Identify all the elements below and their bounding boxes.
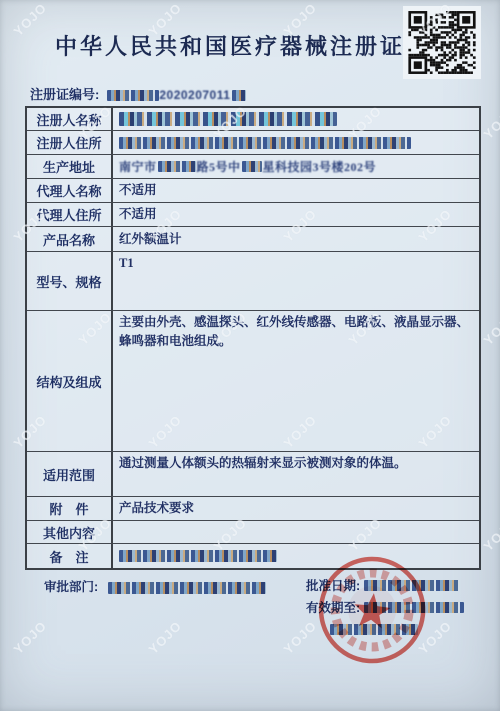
row-value: 不适用 [113,203,479,226]
redacted-value [330,624,418,635]
dates-block: 批准日期: 有效期至: [306,574,464,640]
table-row-model-spec: 型号、规格 T1 [27,252,479,311]
redacted-value [364,602,464,613]
row-label: 产品名称 [27,227,113,251]
row-label: 型号、规格 [27,252,113,310]
address-part: 路5号中 [197,158,241,176]
row-value [113,544,479,568]
row-value: 南宁市路5号中星科技园3号楼202号 [113,155,479,178]
certificate-table: 注册人名称 注册人住所 生产地址 南宁市路5号中星科技园3号楼202号 代理人名… [25,106,481,570]
redacted-value [119,137,411,149]
row-label: 备 注 [27,544,113,568]
approval-date-label: 批准日期: [306,576,360,594]
approval-department-label: 审批部门: [44,580,98,594]
approval-date-line: 批准日期: [306,574,464,596]
row-value: 产品技术要求 [113,497,479,520]
row-label: 结构及组成 [27,311,113,451]
row-label: 注册人住所 [27,131,113,154]
valid-until-line: 有效期至: [306,596,464,618]
redacted-value [158,161,196,172]
row-label: 适用范围 [27,452,113,496]
redacted-value [107,90,159,101]
row-label: 附 件 [27,497,113,520]
address-part: 南宁市 [119,158,157,176]
registration-number-label: 注册证编号: [30,87,99,102]
page-title: 中华人民共和国医疗器械注册证 [12,30,448,61]
table-row-registrant-address: 注册人住所 [27,131,479,155]
table-row-registrant-name: 注册人名称 [27,108,479,131]
row-label: 代理人名称 [27,179,113,202]
table-row-agent-name: 代理人名称 不适用 [27,179,479,203]
valid-until-label: 有效期至: [306,598,360,616]
watermark-text: YOJO [11,618,50,657]
row-value [113,521,479,543]
watermark-text: YOJO [146,618,185,657]
table-row-intended-use: 适用范围 通过测量人体额头的热辐射来显示被测对象的体温。 [27,452,479,497]
table-row-structure-composition: 结构及组成 主要由外壳、感温探头、红外线传感器、电路板、液晶显示器、蜂鸣器和电池… [27,311,479,452]
watermark-text: YOJO [481,103,500,142]
table-row-attachment: 附 件 产品技术要求 [27,497,479,521]
stamp-date-line [330,618,464,640]
row-label: 注册人名称 [27,108,113,130]
table-row-product-name: 产品名称 红外额温计 [27,227,479,252]
row-value [113,131,479,154]
redacted-value [364,580,460,591]
table-row-production-address: 生产地址 南宁市路5号中星科技园3号楼202号 [27,155,479,179]
row-value: 通过测量人体额头的热辐射来显示被测对象的体温。 [113,452,479,496]
row-label: 代理人住所 [27,203,113,226]
row-value: T1 [113,252,479,310]
certificate-page: YOJOYOJOYOJOYOJOYOJOYOJOYOJOYOJOYOJOYOJO… [0,0,500,711]
redacted-value [108,582,266,594]
qr-code-icon [403,6,481,79]
row-value [113,108,479,130]
redacted-value [119,550,277,562]
row-label: 其他内容 [27,521,113,543]
redacted-value [232,90,246,101]
table-row-agent-address: 代理人住所 不适用 [27,203,479,227]
registration-number-partial: 2020207011 [159,88,230,102]
redacted-value [119,112,337,126]
redacted-value [242,161,262,172]
table-row-other-content: 其他内容 [27,521,479,544]
address-part: 星科技园3号楼202号 [263,158,377,176]
row-value: 主要由外壳、感温探头、红外线传感器、电路板、液晶显示器、蜂鸣器和电池组成。 [113,311,479,451]
registration-number-line: 注册证编号:2020207011 [30,84,246,103]
watermark-text: YOJO [481,515,500,554]
watermark-text: YOJO [481,309,500,348]
row-label: 生产地址 [27,155,113,178]
approval-department-line: 审批部门: [44,577,266,595]
row-value: 红外额温计 [113,227,479,251]
table-row-remarks: 备 注 [27,544,479,568]
row-value: 不适用 [113,179,479,202]
